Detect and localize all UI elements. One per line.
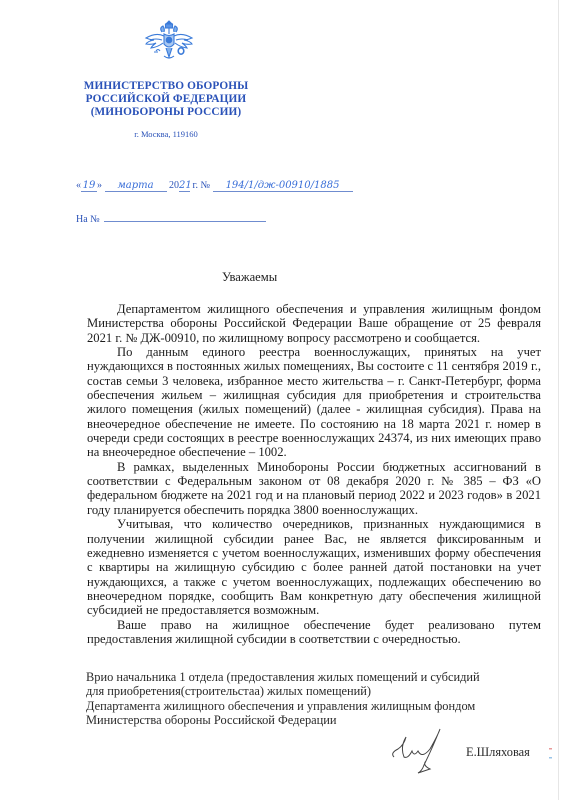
outgoing-registration-line: «19» марта 2021 г. № 194/1/дж-00910/1885 xyxy=(76,180,353,192)
handwritten-signature-icon xyxy=(388,727,458,777)
position-line: для приобретения(строительстаа) жилых по… xyxy=(86,684,480,698)
paragraph: По данным единого реестра военнослужащих… xyxy=(87,345,541,460)
ministry-name-line: РОССИЙСКОЙ ФЕДЕРАЦИИ xyxy=(66,93,266,106)
page-edge xyxy=(558,0,559,800)
signer-name: Е.Шляховая xyxy=(466,745,530,760)
position-line: Врио начальника 1 отдела (предоставления… xyxy=(86,670,480,684)
paragraph: Учитывая, что количество очередников, пр… xyxy=(87,517,541,617)
paragraph: В рамках, выделенных Минобороны России б… xyxy=(87,460,541,517)
salutation: Уважаемы xyxy=(222,270,277,285)
paragraph: Ваше право на жилищное обеспечение будет… xyxy=(87,618,541,647)
letter-body: Департаментом жилищного обеспечения и уп… xyxy=(87,302,541,646)
paragraph: Департаментом жилищного обеспечения и уп… xyxy=(87,302,541,345)
registration-number: 194/1/дж-00910/1885 xyxy=(213,180,353,192)
close-quote: » xyxy=(97,180,102,191)
ministry-name: МИНИСТЕРСТВО ОБОРОНЫ РОССИЙСКОЙ ФЕДЕРАЦИ… xyxy=(66,80,266,119)
signatory-position: Врио начальника 1 отдела (предоставления… xyxy=(86,670,480,727)
ministry-name-line: (МИНОБОРОНЫ РОССИИ) xyxy=(66,106,266,119)
double-headed-eagle-emblem-icon xyxy=(142,18,196,64)
year-prefix: 20 xyxy=(169,180,179,191)
scan-edge-marks xyxy=(549,748,552,760)
year-number-label: г. № xyxy=(193,180,211,191)
registration-month: марта xyxy=(105,180,167,192)
city-address: г. Москва, 119160 xyxy=(66,129,266,139)
position-line: Министерства обороны Российской Федераци… xyxy=(86,713,480,727)
reply-to-blank xyxy=(104,221,266,222)
registration-year-suffix: 21 xyxy=(179,180,190,192)
position-line: Департамента жилищного обеспечения и упр… xyxy=(86,699,480,713)
registration-day: 19 xyxy=(81,180,97,192)
ministry-name-line: МИНИСТЕРСТВО ОБОРОНЫ xyxy=(66,80,266,93)
reply-to-label: На № xyxy=(76,214,100,225)
reply-to-line: На № xyxy=(76,214,266,225)
